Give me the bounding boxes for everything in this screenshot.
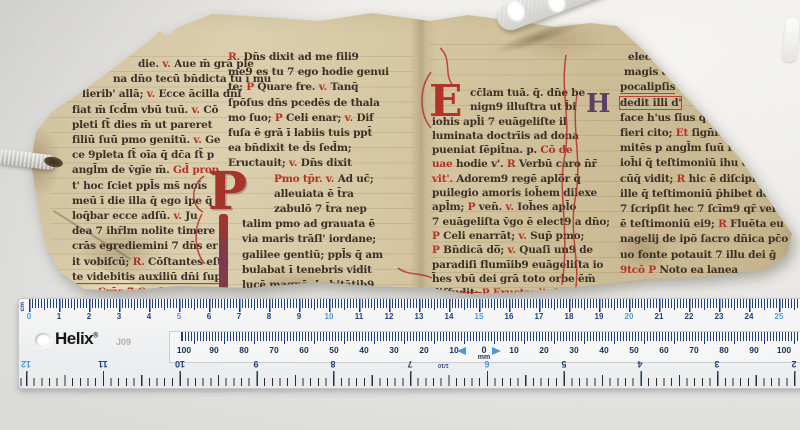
ruler-number: 6 [484,359,489,369]
helix-logo: Helix® [55,329,98,349]
ruler-tenth-inch-label: 1/10 [438,362,449,368]
ruler-number: 11 [355,312,363,321]
ruler-number: 90 [749,345,758,355]
ruler-number: 40 [359,345,368,355]
ruler-model-code: J09 [116,337,131,347]
ruler-number: 90 [209,345,218,355]
ruler-number: 30 [569,345,578,355]
ruler-number: 70 [269,345,278,355]
ruler-number: 10 [325,312,334,321]
ruler-number: 6 [207,312,211,321]
ruler-number: 25 [775,312,784,321]
ruler-number: 20 [625,312,634,321]
ruler-number: 4 [147,312,151,321]
ruler-number: 9 [297,312,301,321]
ruler-number: 1 [57,312,61,321]
ruler-number: 20 [539,345,548,355]
ruler-number: 17 [535,312,544,321]
ruler-number: 70 [689,345,698,355]
ruler-number: 8 [331,359,336,369]
mm-zero-right-arrow-icon [492,347,501,355]
ruler-number: 3 [715,359,720,369]
ruler-number: 10 [509,345,518,355]
ruler-number: 18 [565,312,574,321]
ruler-number: 11 [98,359,108,369]
ruler-number: 80 [239,345,248,355]
ruler-number: 30 [389,345,398,355]
ruler-inch-tick-band [19,371,800,386]
ruler-number: 9 [254,359,259,369]
ruler-number: 2 [791,359,796,369]
mm-zero-left-arrow-icon [457,347,466,355]
ruler-number: 20 [419,345,428,355]
ruler-number: 60 [659,345,668,355]
ruler-number: 100 [777,345,791,355]
ruler-number: 7 [237,312,241,321]
ruler-number: 0 [27,312,31,321]
ruler-number: 50 [329,345,338,355]
ruler-number: 15 [475,312,484,321]
ruler-number: 4 [638,359,643,369]
ruler-number: 23 [715,312,724,321]
ruler-number: 10 [175,359,185,369]
ruler-number: 12 [385,312,394,321]
ruler-number: 19 [595,312,604,321]
ruler-number: 50 [629,345,638,355]
ruler-mm-tick-band [180,332,800,344]
ruler-number: 12 [21,359,31,369]
ruler-number: 7 [407,359,412,369]
ruler-number: 80 [719,345,728,355]
ruler-number: 5 [177,312,181,321]
ruler-number: 5 [561,359,566,369]
ruler-number: 2 [87,312,91,321]
ruler-number: 21 [655,312,664,321]
ruler-number: 13 [415,312,424,321]
ruler-number: 22 [685,312,694,321]
ruler-cm-unit-label: cm [19,302,26,311]
ruler-number: 16 [505,312,514,321]
ruler-number: 40 [599,345,608,355]
ruler-cm-tick-band [29,299,800,312]
ruler-number: 60 [299,345,308,355]
helix-ruler: cm 0123456789101112131415161718192021222… [18,298,800,389]
ruler-number: 24 [745,312,754,321]
ruler-number: 100 [177,345,191,355]
ruler-number: 8 [267,312,271,321]
ruler-hang-hole [35,333,51,347]
photo-manuscript-fragment-with-ruler: die. v. Aue m̄ grā plena dn̄o tecū bn̄di… [0,0,800,430]
registered-mark: ® [93,332,98,339]
ruler-number: 3 [117,312,121,321]
ruler-number: 14 [445,312,454,321]
